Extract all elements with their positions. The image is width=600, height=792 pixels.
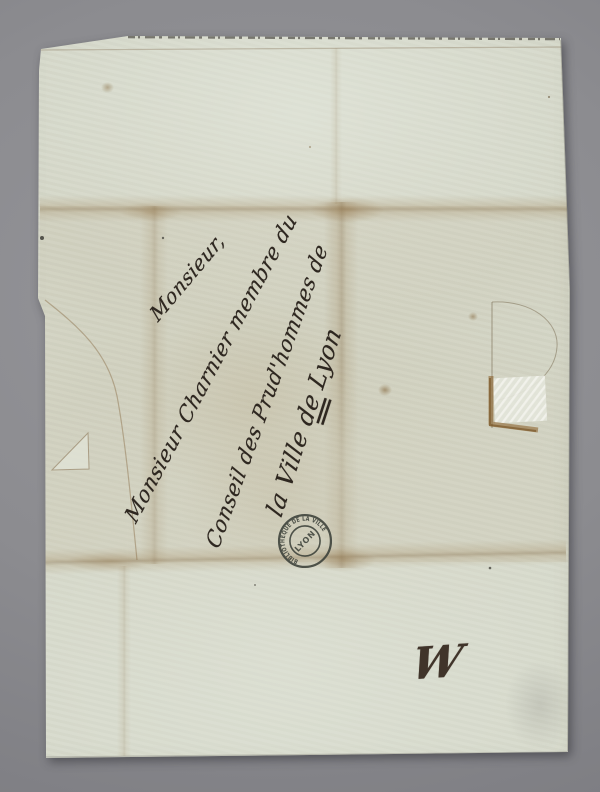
wafer-brown-stain xyxy=(491,376,538,430)
photo-background: Monsieur, Monsieur Charnier membre du Co… xyxy=(0,0,600,792)
torn-top-edge xyxy=(128,37,560,39)
ink-speck xyxy=(40,236,44,240)
address-line-salutation: Monsieur, xyxy=(145,228,228,327)
wafer-residue-patch xyxy=(493,376,547,424)
corner-tear-flap xyxy=(52,433,89,470)
right-edge-shading xyxy=(561,40,570,751)
wafer-brown-stain-core xyxy=(490,378,536,431)
bottom-edge-shading xyxy=(46,752,568,757)
torn-top-edge-upper xyxy=(132,34,556,36)
fold-crease-vertical-upper xyxy=(330,48,342,204)
ink-speck xyxy=(489,567,492,570)
flap-fold-line xyxy=(41,47,562,50)
ink-speck xyxy=(309,146,311,148)
letter-paper: Monsieur, Monsieur Charnier membre du Co… xyxy=(0,0,600,792)
fold-crease-vertical-lower xyxy=(117,566,131,756)
ink-speck xyxy=(548,96,550,98)
collector-mark-w: W xyxy=(408,635,466,690)
fold-crease-horizontal-bottom xyxy=(42,539,566,575)
ink-speck xyxy=(254,584,256,586)
stamp-inner-ring xyxy=(284,520,327,563)
ink-speck xyxy=(162,237,164,239)
left-diagonal-crease xyxy=(45,300,137,560)
fold-crease-horizontal-top xyxy=(40,195,570,222)
stamp-center-text: LYON xyxy=(293,529,317,554)
paper-shadow: Monsieur, Monsieur Charnier membre du Co… xyxy=(0,0,600,792)
wafer-tear-arc xyxy=(492,302,557,400)
